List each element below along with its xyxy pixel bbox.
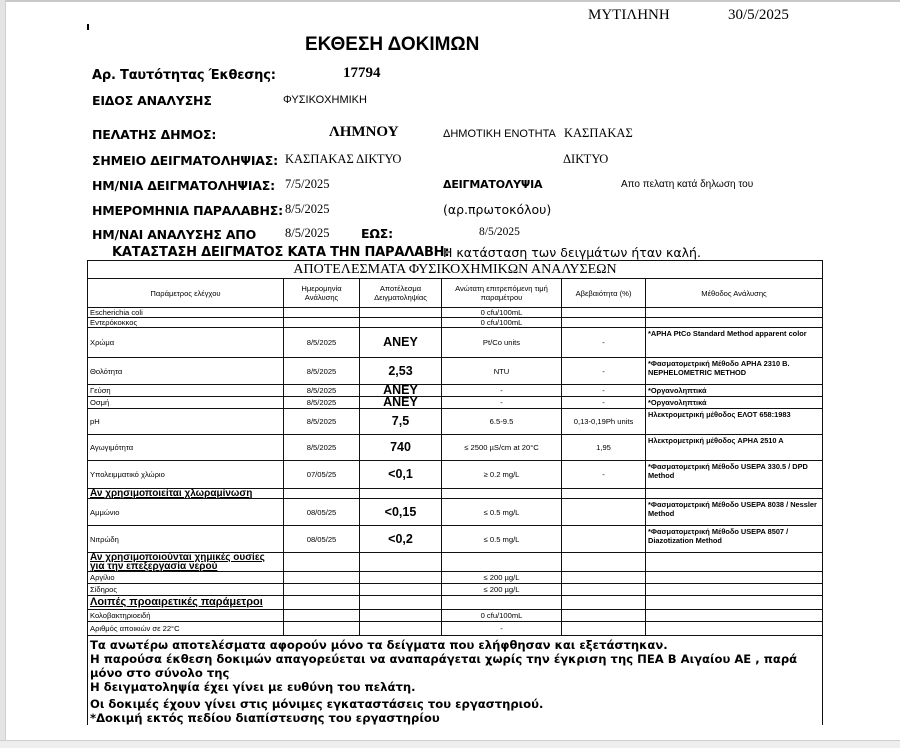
column-header-analysis-date: Ημερομηνία Ανάλυσης (284, 279, 360, 308)
limit-cell: ≤ 200 µg/L (442, 584, 562, 596)
municipal-unit-value: ΚΑΣΠΑΚΑΣ (564, 126, 633, 141)
analysis-date-cell (284, 584, 360, 596)
empty-cell (284, 489, 360, 499)
sampler-value: Απο πελατη κατά δηλωση του (621, 179, 753, 190)
notes-row: Τα ανωτέρω αποτελέσματα αφορούν μόνο τα … (88, 636, 823, 726)
viewer-left-edge (0, 0, 6, 748)
sampler-label: ΔΕΙΓΜΑΤΟΛΥΨΙΑ (443, 178, 542, 191)
municipal-unit-label: ΔΗΜΟΤΙΚΗ ΕΝΟΤΗΤΑ (443, 128, 556, 140)
page-title: ΕΚΘΕΣΗ ΔΟΚΙΜΩΝ (305, 34, 479, 56)
note-line: Η δειγματοληψία έχει γίνει με ευθύνη του… (90, 680, 820, 694)
limit-cell: 6.5-9.5 (442, 409, 562, 435)
param-cell: Escherichia coli (88, 308, 284, 318)
empty-cell (646, 596, 823, 610)
result-cell: ΑΝΕΥ (360, 385, 442, 397)
method-cell: *Οργανοληπτικά (646, 385, 823, 397)
analysis-type-label: ΕΙΔΟΣ ΑΝΑΛΥΣΗΣ (92, 93, 212, 108)
result-cell: <0,15 (360, 499, 442, 526)
empty-cell (562, 596, 646, 610)
table-row: Escherichia coli0 cfu/100mL (88, 308, 823, 318)
table-header-row: Παράμετρος ελέγχου Ημερομηνία Ανάλυσης Α… (88, 279, 823, 308)
analysis-date-cell (284, 610, 360, 622)
method-cell: *Φασματομετρική Μέθοδο USEPA 8507 / Diaz… (646, 526, 823, 553)
method-cell: Ηλεκτρομετρική μέθοδος APHA 2510 A (646, 435, 823, 461)
table-caption-row: ΑΠΟΤΕΛΕΣΜΑΤΑ ΦΥΣΙΚΟΧΗΜΙΚΩΝ ΑΝΑΛΥΣΕΩΝ (88, 261, 823, 279)
param-cell: Αμμώνιο (88, 499, 284, 526)
limit-cell: - (442, 622, 562, 636)
limit-cell: ≤ 0.5 mg/L (442, 499, 562, 526)
table-row: Υπολειμματικό χλώριο07/05/25<0,1≥ 0.2 mg… (88, 461, 823, 489)
table-row: Γεύση8/5/2025ΑΝΕΥ--*Οργανοληπτικά (88, 385, 823, 397)
sampling-point-value: ΚΑΣΠΑΚΑΣ ΔΙΚΤΥΟ (285, 152, 401, 167)
result-cell (360, 572, 442, 584)
method-cell: *APHA PtCo Standard Method apparent colo… (646, 328, 823, 358)
table-row: Αν χρησιμοποιείται χλωραμίνωση (88, 489, 823, 499)
limit-cell: 0 cfu/100mL (442, 308, 562, 318)
table-row: Σίδηρος≤ 200 µg/L (88, 584, 823, 596)
method-cell (646, 308, 823, 318)
section-heading: Αν χρησιμοποιούνται χημικές ουσίες για τ… (88, 553, 284, 572)
limit-cell: 0 cfu/100mL (442, 318, 562, 328)
result-cell (360, 622, 442, 636)
report-id-label: Αρ. Ταυτότητας Έκθεσης: (92, 68, 276, 83)
client-label: ΠΕΛΑΤΗΣ ΔΗΜΟΣ: (92, 127, 216, 142)
sample-condition-label: ΚΑΤΑΣΤΑΣΗ ΔΕΙΓΜΑΤΟΣ ΚΑΤΑ ΤΗΝ ΠΑΡΑΛΑΒΗ: (112, 245, 449, 260)
analysis-date-cell (284, 308, 360, 318)
note-line: *Δοκιμή εκτός πεδίου διαπίστευσης του ερ… (90, 711, 820, 725)
analysis-date-cell (284, 318, 360, 328)
section-heading: Λοιπές προαιρετικές παράμετροι (88, 596, 284, 610)
method-cell (646, 572, 823, 584)
param-cell: Αριθμός αποικιών σε 22°C (88, 622, 284, 636)
result-cell: ΑΝΕΥ (360, 397, 442, 409)
analysis-to-label: ΕΩΣ: (361, 226, 393, 241)
analysis-date-cell: 8/5/2025 (284, 328, 360, 358)
result-cell: ΑΝΕΥ (360, 328, 442, 358)
sampling-date-value: 7/5/2025 (285, 177, 329, 192)
limit-cell: - (442, 385, 562, 397)
analysis-date-cell (284, 572, 360, 584)
report-id-value: 17794 (343, 65, 381, 82)
method-cell: *Φασματομετρική Μέθοδο USEPA 330.5 / DPD… (646, 461, 823, 489)
uncertainty-cell: - (562, 358, 646, 385)
table-row: pH8/5/20257,56.5-9.50,13-0,19Ph unitsΗλε… (88, 409, 823, 435)
result-cell: 7,5 (360, 409, 442, 435)
empty-cell (646, 553, 823, 572)
uncertainty-cell (562, 572, 646, 584)
column-header-limit: Ανώτατη επιτρεπόμενη τιμή παραμέτρου (442, 279, 562, 308)
table-row: Αν χρησιμοποιούνται χημικές ουσίες για τ… (88, 553, 823, 572)
protocol-number-label: (αρ.πρωτοκόλου) (443, 202, 551, 217)
uncertainty-cell (562, 610, 646, 622)
result-cell: 2,53 (360, 358, 442, 385)
uncertainty-cell (562, 622, 646, 636)
param-cell: Νιτρώδη (88, 526, 284, 553)
limit-cell: ≥ 0.2 mg/L (442, 461, 562, 489)
analysis-date-cell (284, 622, 360, 636)
empty-cell (284, 596, 360, 610)
uncertainty-cell (562, 499, 646, 526)
param-cell: Κολοβακτηριοειδή (88, 610, 284, 622)
uncertainty-cell: 0,13-0,19Ph units (562, 409, 646, 435)
section-heading: Αν χρησιμοποιείται χλωραμίνωση (88, 489, 284, 499)
analysis-type-value: ΦΥΣΙΚΟΧΗΜΙΚΗ (283, 94, 367, 106)
empty-cell (442, 489, 562, 499)
limit-cell: Pt/Co units (442, 328, 562, 358)
method-cell: *Φασματομετρική Μέθοδο APHA 2310 B. NEPH… (646, 358, 823, 385)
param-cell: Αργίλιο (88, 572, 284, 584)
result-cell (360, 308, 442, 318)
analysis-date-cell: 8/5/2025 (284, 358, 360, 385)
limit-cell: - (442, 397, 562, 409)
limit-cell: ≤ 200 µg/L (442, 572, 562, 584)
note-line: Τα ανωτέρω αποτελέσματα αφορούν μόνο τα … (90, 638, 820, 652)
table-row: Χρώμα8/5/2025ΑΝΕΥPt/Co units-*APHA PtCo … (88, 328, 823, 358)
param-cell: Εντερόκοκκος (88, 318, 284, 328)
column-header-uncertainty: Αβεβαιότητα (%) (562, 279, 646, 308)
analysis-date-cell: 8/5/2025 (284, 397, 360, 409)
result-cell: <0,2 (360, 526, 442, 553)
empty-cell (442, 553, 562, 572)
method-cell: *Φασματομετρική Μέθοδο USEPA 8038 / Ness… (646, 499, 823, 526)
method-cell: *Οργανοληπτικά (646, 397, 823, 409)
sampling-point-label: ΣΗΜΕΙΟ ΔΕΙΓΜΑΤΟΛΗΨΙΑΣ: (92, 153, 278, 168)
empty-cell (442, 596, 562, 610)
method-cell (646, 584, 823, 596)
limit-cell: 0 cfu/100mL (442, 610, 562, 622)
analysis-to-value: 8/5/2025 (479, 226, 520, 238)
param-cell: Χρώμα (88, 328, 284, 358)
param-cell: Γεύση (88, 385, 284, 397)
empty-cell (284, 553, 360, 572)
uncertainty-cell: - (562, 461, 646, 489)
report-date: 30/5/2025 (728, 7, 789, 24)
result-cell: <0,1 (360, 461, 442, 489)
uncertainty-cell (562, 584, 646, 596)
method-cell (646, 622, 823, 636)
note-line: Οι δοκιμές έχουν γίνει στις μόνιμες εγκα… (90, 697, 820, 711)
uncertainty-cell: 1,95 (562, 435, 646, 461)
table-row: Αργίλιο≤ 200 µg/L (88, 572, 823, 584)
method-cell: Ηλεκτρομετρική μέθοδος ΕΛΟΤ 658:1983 (646, 409, 823, 435)
analysis-from-label: ΗΜ/ΝΑΙ ΑΝΑΛΥΣΗΣ ΑΠΟ (92, 227, 256, 242)
limit-cell: ≤ 0.5 mg/L (442, 526, 562, 553)
empty-cell (646, 489, 823, 499)
analysis-date-cell: 8/5/2025 (284, 385, 360, 397)
uncertainty-cell (562, 526, 646, 553)
param-cell: pH (88, 409, 284, 435)
method-cell (646, 318, 823, 328)
analysis-date-cell: 07/05/25 (284, 461, 360, 489)
result-cell: 740 (360, 435, 442, 461)
empty-cell (562, 489, 646, 499)
column-header-result: Αποτέλεσμα Δειγματοληψίας (360, 279, 442, 308)
limit-cell: NTU (442, 358, 562, 385)
limit-cell: ≤ 2500 µS/cm at 20°C (442, 435, 562, 461)
method-cell (646, 610, 823, 622)
sampling-date-label: ΗΜ/ΝΙΑ ΔΕΙΓΜΑΤΟΛΗΨΙΑΣ: (92, 178, 275, 193)
report-city: ΜΥΤΙΛΗΝΗ (588, 7, 670, 24)
table-row: Λοιπές προαιρετικές παράμετροι (88, 596, 823, 610)
param-cell: Οσμή (88, 397, 284, 409)
param-cell: Αγωγιμότητα (88, 435, 284, 461)
text-cursor-mark (87, 24, 89, 30)
table-row: Κολοβακτηριοειδή0 cfu/100mL (88, 610, 823, 622)
column-header-parameter: Παράμετρος ελέγχου (88, 279, 284, 308)
viewer-top-border (0, 0, 900, 2)
result-cell (360, 584, 442, 596)
table-row: Εντερόκοκκος0 cfu/100mL (88, 318, 823, 328)
analysis-date-cell: 8/5/2025 (284, 435, 360, 461)
uncertainty-cell (562, 318, 646, 328)
column-header-method: Μέθοδος Ανάλυσης (646, 279, 823, 308)
analysis-from-value: 8/5/2025 (285, 226, 329, 241)
table-row: Αμμώνιο08/05/25<0,15≤ 0.5 mg/L*Φασματομε… (88, 499, 823, 526)
analysis-date-cell: 08/05/25 (284, 526, 360, 553)
param-cell: Σίδηρος (88, 584, 284, 596)
result-cell (360, 318, 442, 328)
table-row: Αγωγιμότητα8/5/2025740≤ 2500 µS/cm at 20… (88, 435, 823, 461)
empty-cell (562, 553, 646, 572)
empty-cell (360, 596, 442, 610)
table-row: Αριθμός αποικιών σε 22°C- (88, 622, 823, 636)
table-row: Νιτρώδη08/05/25<0,2≤ 0.5 mg/L*Φασματομετ… (88, 526, 823, 553)
client-value: ΛΗΜΝΟΥ (329, 124, 399, 141)
note-line: Η παρούσα έκθεση δοκιμών απαγορεύεται να… (90, 652, 820, 680)
result-cell (360, 610, 442, 622)
empty-cell (360, 553, 442, 572)
receipt-date-label: ΗΜΕΡΟΜΗΝΙΑ ΠΑΡΑΛΑΒΗΣ: (92, 203, 283, 218)
viewer-bottom-bar (0, 740, 900, 748)
results-table: ΑΠΟΤΕΛΕΣΜΑΤΑ ΦΥΣΙΚΟΧΗΜΙΚΩΝ ΑΝΑΛΥΣΕΩΝ Παρ… (87, 260, 823, 725)
receipt-date-value: 8/5/2025 (285, 202, 329, 217)
table-caption: ΑΠΟΤΕΛΕΣΜΑΤΑ ΦΥΣΙΚΟΧΗΜΙΚΩΝ ΑΝΑΛΥΣΕΩΝ (88, 261, 823, 279)
param-cell: Υπολειμματικό χλώριο (88, 461, 284, 489)
analysis-date-cell: 08/05/25 (284, 499, 360, 526)
sample-condition-value: Η κατάσταση των δειγμάτων ήταν καλή. (443, 245, 701, 260)
param-cell: Θολότητα (88, 358, 284, 385)
uncertainty-cell: - (562, 328, 646, 358)
table-row: Οσμή8/5/2025ΑΝΕΥ--*Οργανοληπτικά (88, 397, 823, 409)
uncertainty-cell (562, 308, 646, 318)
analysis-date-cell: 8/5/2025 (284, 409, 360, 435)
sampling-point-value-2: ΔΙΚΤΥΟ (563, 152, 608, 167)
table-row: Θολότητα8/5/20252,53NTU-*Φασματομετρική … (88, 358, 823, 385)
report-notes: Τα ανωτέρω αποτελέσματα αφορούν μόνο τα … (88, 636, 823, 726)
uncertainty-cell: - (562, 385, 646, 397)
uncertainty-cell: - (562, 397, 646, 409)
empty-cell (360, 489, 442, 499)
